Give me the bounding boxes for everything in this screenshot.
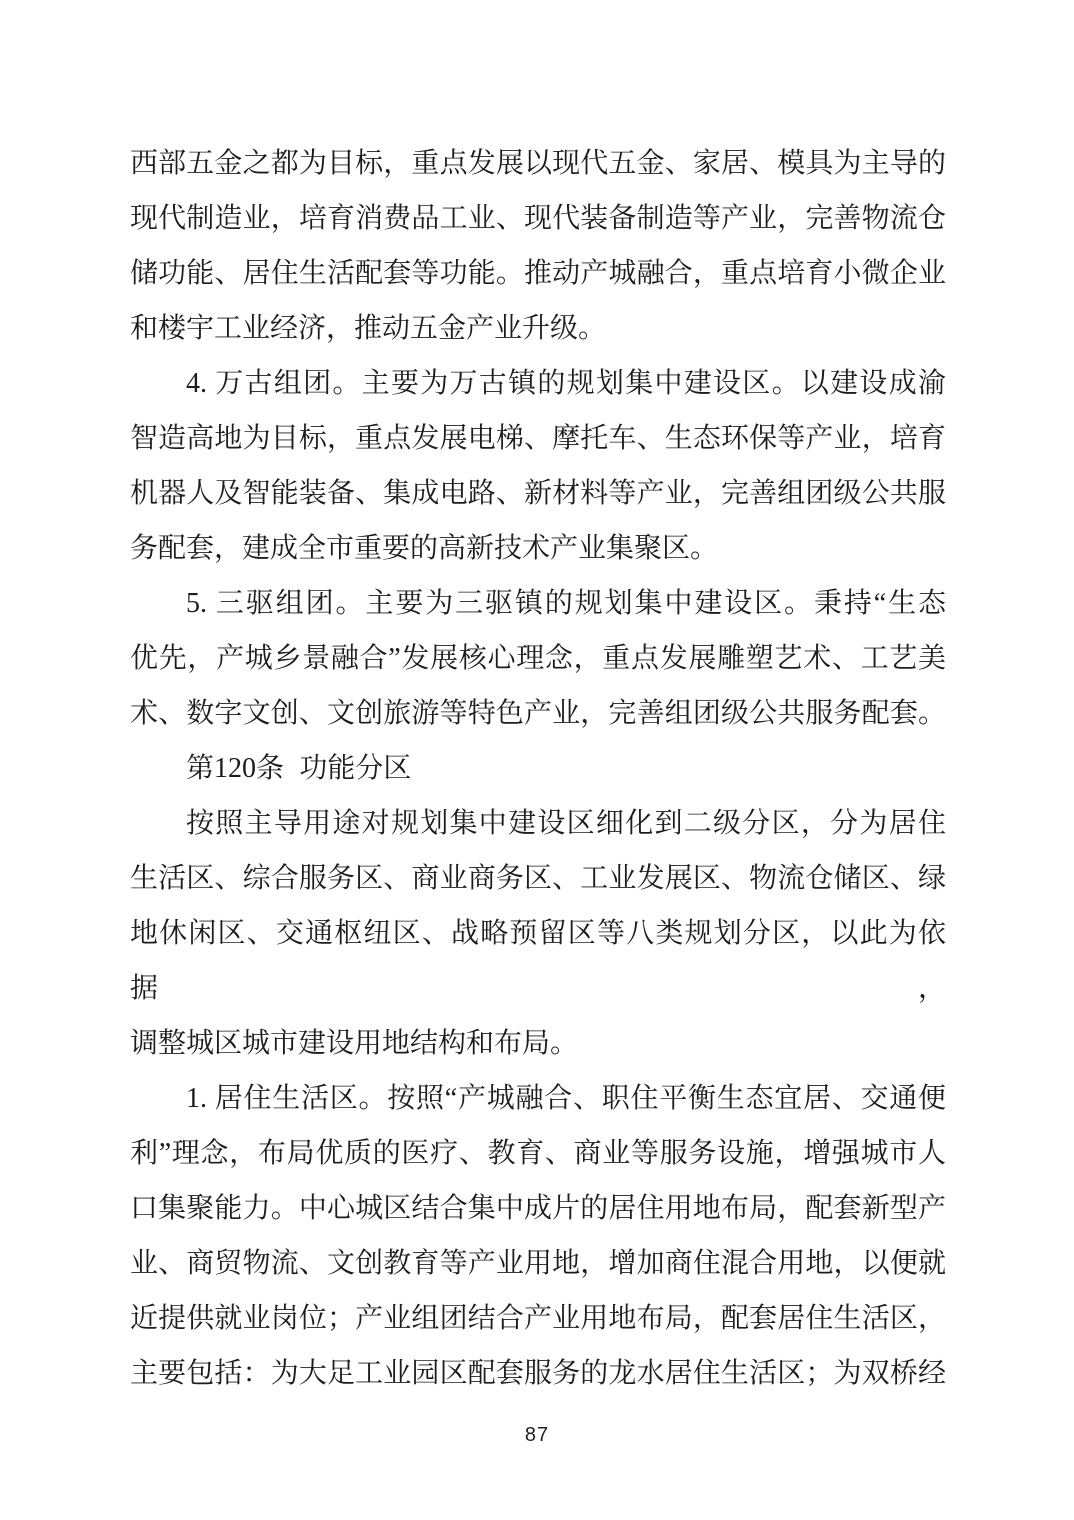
text-line: 近提供就业岗位；产业组团结合产业用地布局，配套居住生活区， — [130, 1291, 946, 1346]
text-line: 储功能、居住生活配套等功能。推动产城融合，重点培育小微企业 — [130, 246, 946, 301]
text-line: 主要包括：为大足工业园区配套服务的龙水居住生活区；为双桥经 — [130, 1346, 946, 1401]
page-footer: 87 — [0, 1424, 1074, 1447]
page-number: 87 — [525, 1424, 549, 1446]
text-line: 地休闲区、交通枢纽区、战略预留区等八类规划分区，以此为依据， — [130, 906, 946, 1016]
document-page: 西部五金之都为目标，重点发展以现代五金、家居、模具为主导的 现代制造业，培育消费… — [0, 0, 1074, 1520]
text-line: 口集聚能力。中心城区结合集中成片的居住用地布局，配套新型产 — [130, 1181, 946, 1236]
text-line: 务配套，建成全市重要的高新技术产业集聚区。 — [130, 521, 946, 576]
text-line: 机器人及智能装备、集成电路、新材料等产业，完善组团级公共服 — [130, 466, 946, 521]
text-line: 调整城区城市建设用地结构和布局。 — [130, 1016, 946, 1071]
article-title: 功能分区 — [299, 753, 411, 784]
text-line: 1. 居住生活区。按照“产城融合、职住平衡生态宜居、交通便 — [130, 1071, 946, 1126]
text-line: 现代制造业，培育消费品工业、现代装备制造等产业，完善物流仓 — [130, 191, 946, 246]
text-line: 利”理念，布局优质的医疗、教育、商业等服务设施，增强城市人 — [130, 1126, 946, 1181]
article-number: 第120条 — [186, 753, 284, 784]
text-line: 5. 三驱组团。主要为三驱镇的规划集中建设区。秉持“生态 — [130, 576, 946, 631]
text-line: 业、商贸物流、文创教育等产业用地，增加商住混合用地，以便就 — [130, 1236, 946, 1291]
text-line: 术、数字文创、文创旅游等特色产业，完善组团级公共服务配套。 — [130, 686, 946, 741]
text-line: 优先，产城乡景融合”发展核心理念，重点发展雕塑艺术、工艺美 — [130, 631, 946, 686]
text-line: 生活区、综合服务区、商业商务区、工业发展区、物流仓储区、绿 — [130, 851, 946, 906]
document-body: 西部五金之都为目标，重点发展以现代五金、家居、模具为主导的 现代制造业，培育消费… — [130, 136, 946, 1401]
article-heading: 第120条功能分区 — [130, 741, 946, 796]
text-line: 按照主导用途对规划集中建设区细化到二级分区，分为居住 — [130, 796, 946, 851]
text-line: 智造高地为目标，重点发展电梯、摩托车、生态环保等产业，培育 — [130, 411, 946, 466]
text-line: 和楼宇工业经济，推动五金产业升级。 — [130, 301, 946, 356]
text-line: 西部五金之都为目标，重点发展以现代五金、家居、模具为主导的 — [130, 136, 946, 191]
text-line: 4. 万古组团。主要为万古镇的规划集中建设区。以建设成渝 — [130, 356, 946, 411]
